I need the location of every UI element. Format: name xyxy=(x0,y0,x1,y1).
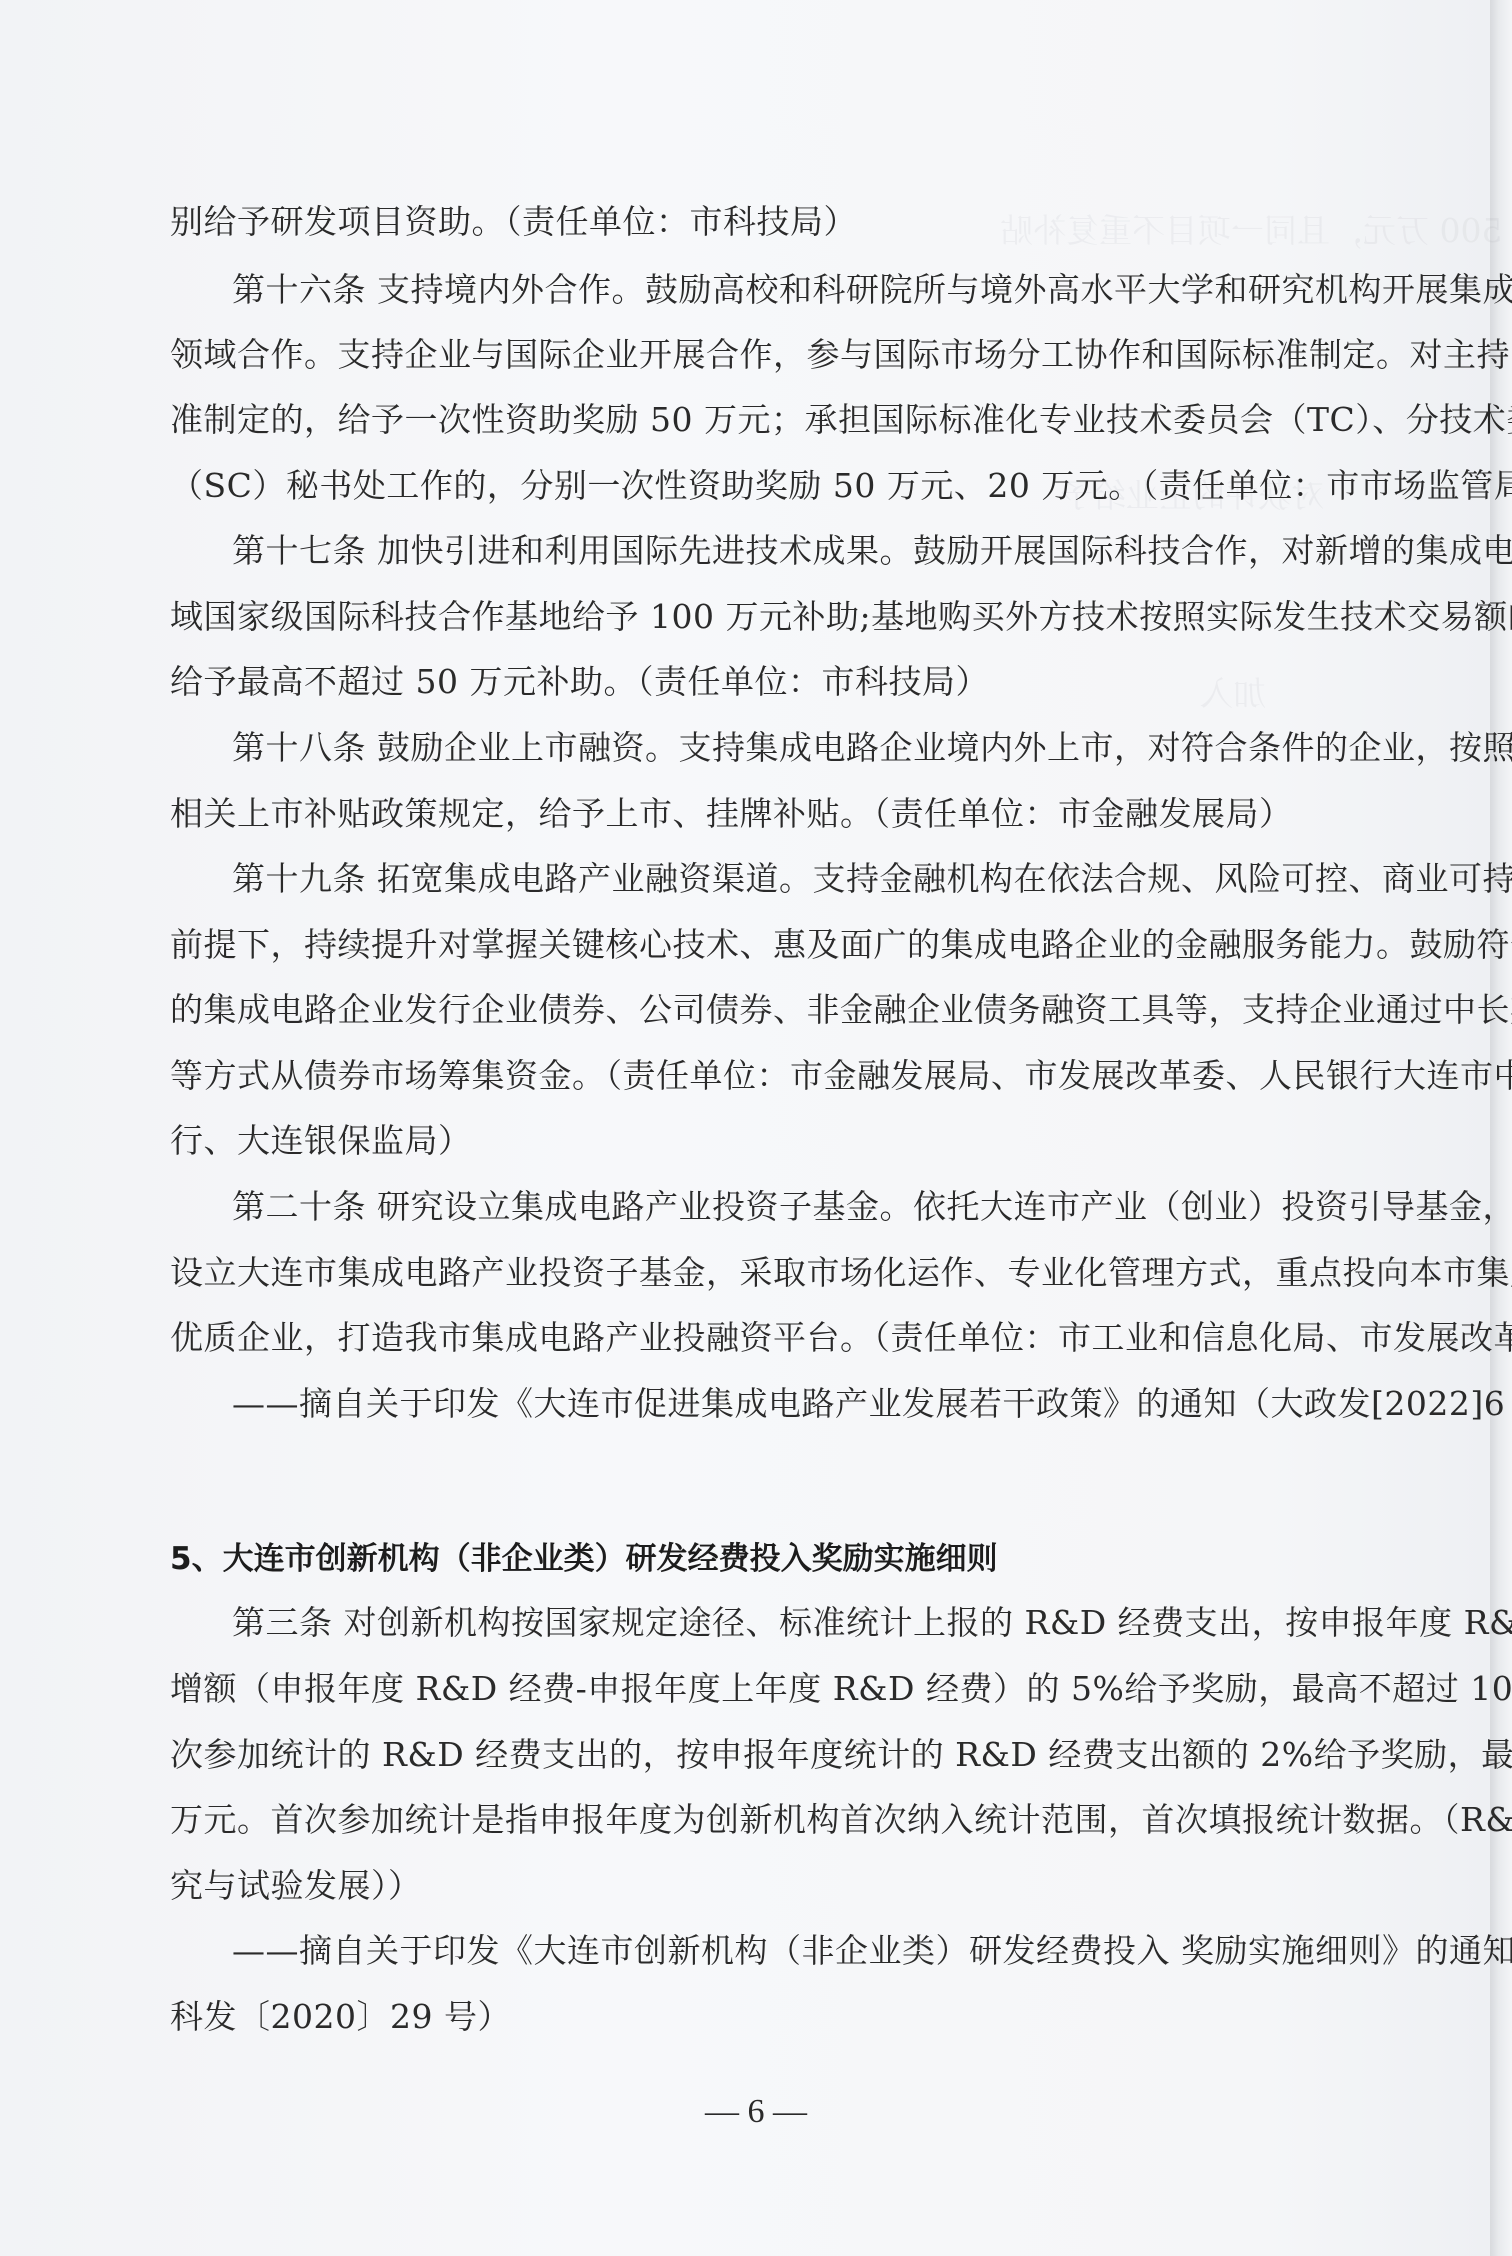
article-20-line: 设立大连市集成电路产业投资子基金，采取市场化运作、专业化管理方式，重点投向本市集… xyxy=(170,1251,1415,1295)
source-citation: ——摘自关于印发《大连市促进集成电路产业发展若干政策》的通知（大政发[2022]… xyxy=(232,1382,1415,1426)
paragraph-line: 别给予研发项目资助。（责任单位：市科技局） xyxy=(170,200,1415,244)
section-heading: 5、大连市创新机构（非企业类）研发经费投入奖励实施细则 xyxy=(170,1537,1415,1581)
article-17-line: 给予最高不超过 50 万元补助。（责任单位：市科技局） xyxy=(170,660,1415,704)
article-19-line: 的集成电路企业发行企业债券、公司债券、非金融企业债务融资工具等，支持企业通过中长… xyxy=(170,988,1415,1032)
article-16-line: 准制定的，给予一次性资助奖励 50 万元；承担国际标准化专业技术委员会（TC）、… xyxy=(170,398,1415,442)
article-19-line: 第十九条 拓宽集成电路产业融资渠道。支持金融机构在依法合规、风险可控、商业可持续… xyxy=(232,857,1415,901)
article-18-line: 相关上市补贴政策规定，给予上市、挂牌补贴。（责任单位：市金融发展局） xyxy=(170,792,1415,836)
article-20-line: 第二十条 研究设立集成电路产业投资子基金。依托大连市产业（创业）投资引导基金，研… xyxy=(232,1185,1415,1229)
article-19-line: 等方式从债券市场筹集资金。（责任单位：市金融发展局、市发展改革委、人民银行大连市… xyxy=(170,1054,1415,1098)
article-19-line: 前提下，持续提升对掌握关键核心技术、惠及面广的集成电路企业的金融服务能力。鼓励符… xyxy=(170,923,1415,967)
article-20-line: 优质企业，打造我市集成电路产业投融资平台。（责任单位：市工业和信息化局、市发展改… xyxy=(170,1316,1415,1360)
article-16-line: 第十六条 支持境内外合作。鼓励高校和科研院所与境外高水平大学和研究机构开展集成电… xyxy=(232,268,1415,312)
article-3-line: 次参加统计的 R&D 经费支出的，按申报年度统计的 R&D 经费支出额的 2%给… xyxy=(170,1733,1415,1777)
article-3-line: 万元。首次参加统计是指申报年度为创新机构首次纳入统计范围，首次填报统计数据。（R… xyxy=(170,1798,1415,1842)
article-3-line: 究与试验发展）） xyxy=(170,1864,1415,1908)
article-16-line: （SC）秘书处工作的，分别一次性资助奖励 50 万元、20 万元。（责任单位：市… xyxy=(170,464,1415,508)
page-number: — 6 — xyxy=(0,2090,1512,2134)
source-citation: 科发〔2020〕29 号） xyxy=(170,1995,1415,2039)
article-3-line: 增额（申报年度 R&D 经费-申报年度上年度 R&D 经费）的 5%给予奖励，最… xyxy=(170,1667,1415,1711)
article-3-line: 第三条 对创新机构按国家规定途径、标准统计上报的 R&D 经费支出，按申报年度 … xyxy=(232,1601,1415,1645)
article-16-line: 领域合作。支持企业与国际企业开展合作，参与国际市场分工协作和国际标准制定。对主持… xyxy=(170,333,1415,377)
article-17-line: 第十七条 加快引进和利用国际先进技术成果。鼓励开展国际科技合作，对新增的集成电路… xyxy=(232,529,1415,573)
source-citation: ——摘自关于印发《大连市创新机构（非企业类）研发经费投入 奖励实施细则》的通知（… xyxy=(232,1929,1415,1973)
article-17-line: 域国家级国际科技合作基地给予 100 万元补助;基地购买外方技术按照实际发生技术… xyxy=(170,595,1415,639)
article-18-line: 第十八条 鼓励企业上市融资。支持集成电路企业境内外上市，对符合条件的企业，按照我… xyxy=(232,726,1415,770)
article-19-line: 行、大连银保监局） xyxy=(170,1119,1415,1163)
